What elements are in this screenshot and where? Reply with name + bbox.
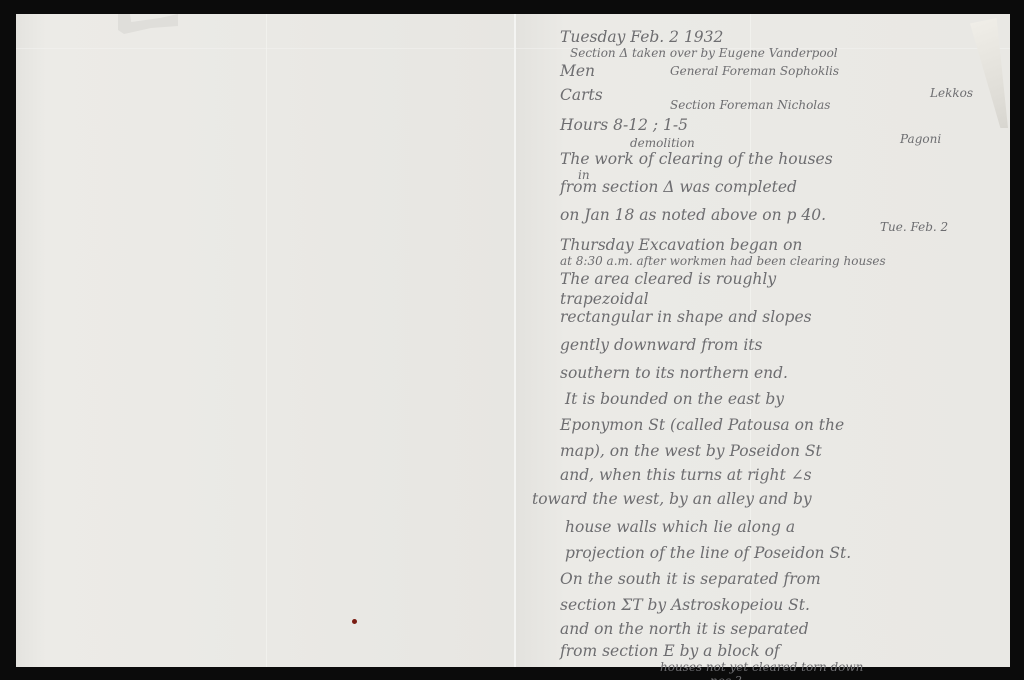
handwritten-line: On the south it is separated from (560, 570, 821, 588)
handwritten-line: southern to its northern end. (560, 364, 788, 382)
handwritten-line: Section Δ taken over by Eugene Vanderpoo… (570, 46, 838, 60)
handwritten-line: Lekkos (930, 86, 973, 100)
handwritten-line: toward the west, by an alley and by (532, 490, 812, 508)
handwritten-line: Carts (560, 86, 603, 104)
handwritten-line: and, when this turns at right ∠s (560, 466, 812, 484)
handwritten-line: house walls which lie along a (565, 518, 795, 536)
handwritten-line: Pagoni (900, 132, 941, 146)
handwritten-line: Section Foreman Nicholas (670, 98, 830, 112)
handwritten-line: section ΣΤ by Astroskopeiou St. (560, 596, 810, 614)
handwritten-line: The work of clearing of the houses (560, 150, 833, 168)
handwritten-line: The area cleared is roughly (560, 270, 776, 288)
crease-horizontal (16, 48, 1010, 49)
handwritten-line: rectangular in shape and slopes (560, 308, 812, 326)
handwritten-line: Thursday Excavation began on (560, 236, 802, 254)
handwritten-line: from section Δ was completed (560, 178, 797, 196)
handwritten-line: from section E by a block of (560, 642, 780, 660)
handwritten-line: projection of the line of Poseidon St. (565, 544, 851, 562)
handwritten-line: trapezoidal (560, 290, 649, 308)
handwritten-line: Tue. Feb. 2 (880, 220, 948, 234)
handwritten-line: gently downward from its (560, 336, 762, 354)
handwritten-line: Men (560, 62, 595, 80)
handwritten-line: houses not yet cleared torn down (660, 660, 863, 674)
crease-vertical-left (266, 14, 267, 667)
handwritten-line: Hours 8-12 ; 1-5 (560, 116, 688, 134)
handwritten-line: Tuesday Feb. 2 1932 (560, 28, 723, 46)
handwritten-line: and on the north it is separated (560, 620, 809, 638)
handwritten-line: General Foreman Sophoklis (670, 64, 839, 78)
handwritten-line: It is bounded on the east by (565, 390, 784, 408)
handwritten-line: demolition (630, 136, 695, 150)
handwritten-line: at 8:30 a.m. after workmen had been clea… (560, 254, 886, 268)
handwritten-line: Eponymon St (called Patousa on the (560, 416, 844, 434)
handwritten-line: on Jan 18 as noted above on p 40. (560, 206, 826, 224)
page-fold-center (514, 14, 516, 667)
handwritten-line: nos.? (710, 674, 741, 680)
ink-stain (352, 619, 357, 624)
handwritten-line: map), on the west by Poseidon St (560, 442, 822, 460)
